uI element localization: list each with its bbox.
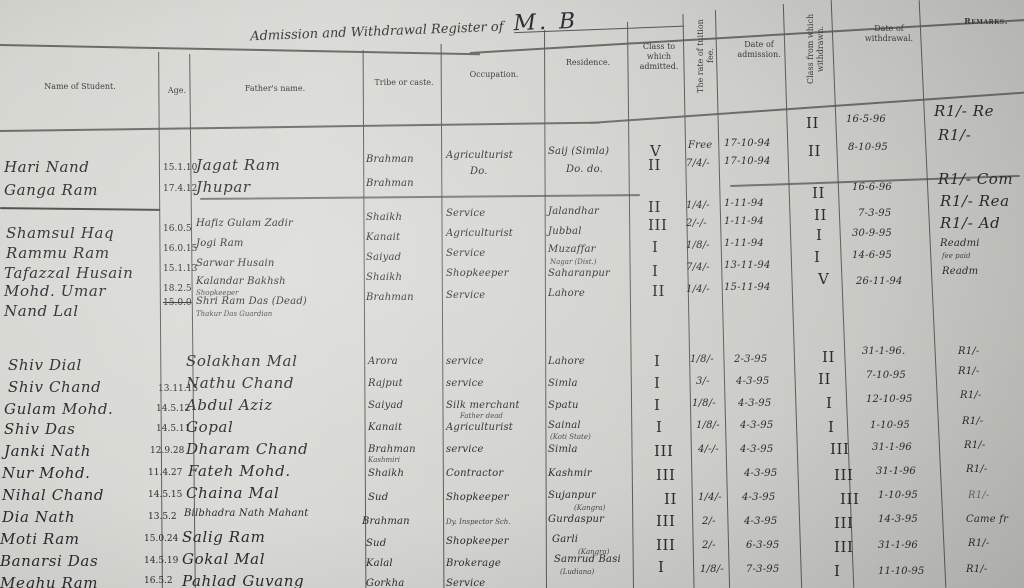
cell-name: Rammu Ram bbox=[6, 244, 110, 262]
cell-fee: 1/4/- bbox=[686, 200, 710, 211]
cell-name: Mohd. Umar bbox=[4, 282, 106, 300]
cell-date-admission: 13-11-94 bbox=[724, 260, 771, 271]
cell-remarks: R1/- bbox=[968, 490, 989, 501]
cell-occupation: Service bbox=[446, 248, 485, 259]
cell-class-admitted: II bbox=[664, 490, 677, 508]
cell-remarks: R1/- Rea bbox=[940, 192, 1010, 210]
cell-tribe: Shaikh bbox=[368, 468, 404, 479]
cell-fee: Free bbox=[688, 140, 712, 151]
cell-class-withdrawn: II bbox=[806, 114, 819, 132]
cell-tribe: Arora bbox=[368, 356, 398, 367]
cell-remarks: R1/- bbox=[958, 346, 979, 357]
cell-age: 12.9.28 bbox=[150, 446, 184, 456]
cell-remarks: R1/- bbox=[964, 440, 985, 451]
cell-date-admission: 4-3-95 bbox=[744, 468, 777, 479]
col-header-age: Age. bbox=[164, 86, 190, 96]
col-divider bbox=[783, 4, 803, 588]
cell-fee: 1/8/- bbox=[686, 240, 710, 251]
cell-father: Fateh Mohd. bbox=[188, 462, 291, 480]
cell-date-withdrawal: 31-1-96 bbox=[872, 442, 912, 453]
cell-father-note: Thakur Das Guardian bbox=[196, 310, 272, 318]
cell-occupation: Agriculturist bbox=[446, 228, 513, 239]
cell-remarks: R1/- Ad bbox=[940, 214, 1000, 232]
cell-tribe: Kanait bbox=[366, 232, 400, 243]
cell-father: Solakhan Mal bbox=[186, 352, 297, 370]
cell-occupation: Agriculturist bbox=[446, 150, 513, 161]
col-divider bbox=[627, 22, 634, 588]
cell-father: Dharam Chand bbox=[186, 440, 308, 458]
cell-date-withdrawal: 16-5-96 bbox=[846, 114, 886, 125]
cell-class-admitted: I bbox=[652, 238, 659, 256]
cell-fee: 1/8/- bbox=[700, 564, 724, 575]
cell-class-withdrawn: V bbox=[818, 270, 829, 288]
cell-tribe: Shaikh bbox=[366, 212, 402, 223]
cell-class-admitted: I bbox=[652, 262, 659, 280]
cell-residence: Jubbal bbox=[548, 226, 582, 237]
header-bottom-rule bbox=[0, 122, 600, 132]
cell-date-admission: 1-11-94 bbox=[724, 198, 764, 209]
cell-occupation: Shopkeeper bbox=[446, 268, 509, 279]
cell-father: Gokal Mal bbox=[182, 550, 265, 568]
cell-fee: 2/- bbox=[702, 540, 716, 551]
col-header-name: Name of Student. bbox=[20, 82, 140, 92]
cell-date-withdrawal: 11-10-95 bbox=[878, 566, 925, 577]
cell-occupation: Shopkeeper bbox=[446, 536, 509, 547]
cell-tribe: Sud bbox=[368, 492, 388, 503]
cell-tribe: Gorkha bbox=[366, 578, 404, 588]
cell-name: Nur Mohd. bbox=[2, 464, 91, 482]
cell-date-admission: 1-11-94 bbox=[724, 216, 764, 227]
cell-date-withdrawal: 14-3-95 bbox=[878, 514, 918, 525]
col-header-remarks: Remarks. bbox=[948, 16, 1024, 26]
cell-age: 16.5.2 bbox=[144, 576, 173, 586]
cell-remarks: R1/- bbox=[962, 416, 983, 427]
col-divider bbox=[441, 44, 445, 588]
cell-father: Jagat Ram bbox=[196, 156, 281, 174]
cell-remarks: R1/- Re bbox=[934, 102, 994, 120]
cell-remarks: R1/- Com bbox=[938, 170, 1013, 188]
cell-date-withdrawal: 31-1-96 bbox=[876, 466, 916, 477]
cell-residence: Gurdaspur bbox=[548, 514, 604, 525]
cell-age: 15.0.0 bbox=[163, 298, 192, 308]
cell-class-admitted: II bbox=[652, 282, 665, 300]
cell-residence: Sujanpur bbox=[548, 490, 596, 501]
cell-occupation: Dy. Inspector Sch. bbox=[446, 518, 511, 526]
cell-occupation: Service bbox=[446, 290, 485, 301]
cell-date-withdrawal: 30-9-95 bbox=[852, 228, 892, 239]
cell-tribe: Kanait bbox=[368, 422, 402, 433]
cell-remarks: R1/- bbox=[958, 366, 979, 377]
cell-residence: Simla bbox=[548, 444, 578, 455]
cell-date-withdrawal: 14-6-95 bbox=[852, 250, 892, 261]
cell-residence: Jalandhar bbox=[548, 206, 599, 217]
cell-class-withdrawn: I bbox=[816, 226, 823, 244]
cell-occupation: service bbox=[446, 356, 484, 367]
cell-class-withdrawn: I bbox=[834, 562, 841, 580]
cell-remarks: Readm bbox=[942, 266, 978, 277]
cell-father: Jhupar bbox=[196, 178, 251, 196]
cell-father: Jogi Ram bbox=[196, 238, 244, 249]
cell-residence-note: (Kangra) bbox=[574, 504, 605, 512]
cell-name: Shamsul Haq bbox=[6, 224, 114, 242]
col-header-date-withdrawal: Date of withdrawal. bbox=[850, 24, 928, 44]
register-title: Admission and Withdrawal Register of M. … bbox=[250, 10, 684, 45]
cell-name: Ganga Ram bbox=[4, 181, 98, 199]
col-header-occupation: Occupation. bbox=[448, 70, 540, 80]
register-title-handwritten-fill: M. B bbox=[513, 10, 684, 34]
cell-date-admission: 4-3-95 bbox=[738, 398, 771, 409]
cell-class-withdrawn: II bbox=[818, 370, 831, 388]
cell-fee: 1/4/- bbox=[698, 492, 722, 503]
cell-fee: 4/-/- bbox=[698, 444, 719, 455]
cell-residence: Garli bbox=[552, 534, 578, 545]
cell-name: Shiv Chand bbox=[8, 378, 101, 396]
cell-remarks: Came fr bbox=[966, 514, 1008, 525]
cell-class-withdrawn: III bbox=[830, 440, 850, 458]
cell-date-admission: 4-3-95 bbox=[740, 444, 773, 455]
cell-tribe: Saiyad bbox=[366, 252, 401, 263]
cell-remarks: R1/- bbox=[966, 464, 987, 475]
cell-name: Shiv Das bbox=[4, 420, 75, 438]
cell-date-withdrawal: 26-11-94 bbox=[856, 276, 903, 287]
cell-class-withdrawn: II bbox=[822, 348, 835, 366]
col-divider bbox=[544, 30, 547, 588]
cell-tribe: Kalal bbox=[366, 558, 393, 569]
cell-father: Kalandar Bakhsh bbox=[196, 276, 286, 287]
cell-tribe: Brahman bbox=[366, 178, 414, 189]
cell-age: 15.1.13 bbox=[163, 264, 197, 274]
register-page: Admission and Withdrawal Register of M. … bbox=[0, 0, 1024, 588]
cell-occupation: Agriculturist bbox=[446, 422, 513, 433]
cell-fee: 7/4/- bbox=[686, 262, 710, 273]
cell-name: Nand Lal bbox=[4, 302, 79, 320]
group-separator bbox=[200, 194, 640, 200]
cell-age: 16.0.15 bbox=[163, 244, 197, 254]
cell-age: 15.1.10 bbox=[163, 163, 197, 173]
cell-residence: Simla bbox=[548, 378, 578, 389]
cell-tribe: Sud bbox=[366, 538, 386, 549]
cell-residence-note: (Ludiana) bbox=[560, 568, 594, 576]
cell-class-withdrawn: I bbox=[828, 418, 835, 436]
cell-residence: Lahore bbox=[548, 356, 585, 367]
cell-class-admitted: III bbox=[648, 216, 668, 234]
register-title-text: Admission and Withdrawal Register of bbox=[250, 20, 504, 45]
cell-father: Bilbhadra Nath Mahant bbox=[184, 508, 308, 519]
cell-fee: 3/- bbox=[696, 376, 710, 387]
cell-class-withdrawn: II bbox=[808, 142, 821, 160]
cell-father: Shri Ram Das (Dead) bbox=[196, 296, 307, 307]
cell-date-withdrawal: 31-1-96 bbox=[878, 540, 918, 551]
cell-class-withdrawn: III bbox=[834, 538, 854, 556]
cell-residence: Do. do. bbox=[566, 164, 603, 175]
cell-residence-note: Nagar (Dist.) bbox=[550, 258, 596, 266]
cell-tribe: Saiyad bbox=[368, 400, 403, 411]
cell-remarks: Readmi bbox=[940, 238, 980, 249]
cell-tribe: Shaikh bbox=[366, 272, 402, 283]
cell-name: Moti Ram bbox=[0, 530, 80, 548]
cell-residence: Sainal bbox=[548, 420, 581, 431]
col-header-tribe: Tribe or caste. bbox=[368, 78, 440, 88]
cell-residence: Lahore bbox=[548, 288, 585, 299]
cell-father: Gopal bbox=[186, 418, 233, 436]
col-header-father: Father's name. bbox=[220, 84, 330, 94]
cell-date-admission: 15-11-94 bbox=[724, 282, 771, 293]
cell-age: 11.4.27 bbox=[148, 468, 182, 478]
cell-father: Hafiz Gulam Zadir bbox=[196, 218, 293, 229]
cell-class-withdrawn: I bbox=[814, 248, 821, 266]
cell-remarks: R1/- bbox=[966, 564, 987, 575]
cell-date-admission: 1-11-94 bbox=[724, 238, 764, 249]
cell-date-withdrawal: 7-3-95 bbox=[858, 208, 891, 219]
cell-date-admission: 6-3-95 bbox=[746, 540, 779, 551]
col-header-class-withdrawn: Class from which withdrawn. bbox=[806, 8, 826, 90]
cell-fee: 1/4/- bbox=[686, 284, 710, 295]
cell-remarks-note: fee paid bbox=[942, 252, 970, 260]
cell-father: Salig Ram bbox=[182, 528, 265, 546]
cell-class-admitted: III bbox=[656, 512, 676, 530]
cell-date-admission: 4-3-95 bbox=[744, 516, 777, 527]
cell-date-admission: 17-10-94 bbox=[724, 156, 771, 167]
cell-remarks: R1/- bbox=[968, 538, 989, 549]
cell-name: Gulam Mohd. bbox=[4, 400, 113, 418]
cell-class-withdrawn: II bbox=[812, 184, 825, 202]
cell-date-withdrawal: 8-10-95 bbox=[848, 142, 888, 153]
cell-occupation: Shopkeeper bbox=[446, 492, 509, 503]
cell-name: Janki Nath bbox=[4, 442, 91, 460]
cell-date-withdrawal: 16-6-96 bbox=[852, 182, 892, 193]
cell-fee: 2/-/- bbox=[686, 218, 707, 229]
cell-date-withdrawal: 7-10-95 bbox=[866, 370, 906, 381]
cell-date-admission: 7-3-95 bbox=[746, 564, 779, 575]
cell-date-admission: 4-3-95 bbox=[742, 492, 775, 503]
cell-class-admitted: I bbox=[654, 352, 661, 370]
cell-age: 17.4.12 bbox=[163, 184, 197, 194]
cell-age: 14.5.15 bbox=[148, 490, 182, 500]
cell-class-withdrawn: III bbox=[840, 490, 860, 508]
cell-residence: Samrud Basi bbox=[554, 554, 621, 565]
cell-class-admitted: I bbox=[656, 418, 663, 436]
cell-occupation: Service bbox=[446, 578, 485, 588]
col-divider bbox=[682, 14, 694, 588]
cell-tribe: Brahman bbox=[368, 444, 416, 455]
cell-tribe-note: Kashmiri bbox=[368, 456, 400, 464]
group-separator bbox=[0, 207, 160, 211]
cell-date-admission: 2-3-95 bbox=[734, 354, 767, 365]
cell-age: 14.5.19 bbox=[144, 556, 178, 566]
cell-residence: Kashmir bbox=[548, 468, 592, 479]
cell-name: Dia Nath bbox=[2, 508, 75, 526]
cell-tribe: Brahman bbox=[366, 292, 414, 303]
cell-remarks: R1/- bbox=[938, 126, 971, 144]
cell-date-withdrawal: 1-10-95 bbox=[870, 420, 910, 431]
cell-date-admission: 17-10-94 bbox=[724, 138, 771, 149]
cell-residence: Saij (Simla) bbox=[548, 146, 609, 157]
cell-father: Chaina Mal bbox=[186, 484, 279, 502]
cell-age: 18.2.5 bbox=[163, 284, 192, 294]
cell-class-withdrawn: I bbox=[826, 394, 833, 412]
cell-residence: Spatu bbox=[548, 400, 579, 411]
cell-date-withdrawal: 31-1-96. bbox=[862, 346, 905, 357]
cell-date-withdrawal: 12-10-95 bbox=[866, 394, 913, 405]
col-header-residence: Residence. bbox=[550, 58, 626, 68]
cell-remarks: R1/- bbox=[960, 390, 981, 401]
cell-name: Nihal Chand bbox=[2, 486, 104, 504]
cell-residence: Muzaffar bbox=[548, 244, 596, 255]
cell-class-withdrawn: III bbox=[834, 466, 854, 484]
cell-tribe: Brahman bbox=[366, 154, 414, 165]
cell-occupation: Brokerage bbox=[446, 558, 501, 569]
cell-age: 15.0.24 bbox=[144, 534, 178, 544]
cell-tribe: Brahman bbox=[362, 516, 410, 527]
cell-class-admitted: II bbox=[648, 156, 661, 174]
cell-occupation: service bbox=[446, 378, 484, 389]
col-header-date-admission: Date of admission. bbox=[728, 40, 790, 60]
cell-date-admission: 4-3-95 bbox=[740, 420, 773, 431]
cell-class-admitted: III bbox=[656, 536, 676, 554]
cell-residence-note: (Koti State) bbox=[550, 433, 591, 441]
cell-name: Tafazzal Husain bbox=[4, 264, 133, 282]
cell-class-admitted: II bbox=[648, 198, 661, 216]
cell-class-admitted: III bbox=[654, 442, 674, 460]
cell-father: Nathu Chand bbox=[186, 374, 294, 392]
col-divider bbox=[363, 50, 367, 588]
cell-fee: 2/- bbox=[702, 516, 716, 527]
cell-occupation: Service bbox=[446, 208, 485, 219]
cell-tribe: Rajput bbox=[368, 378, 403, 389]
cell-occupation-note: Father dead bbox=[460, 412, 503, 420]
cell-class-admitted: I bbox=[654, 374, 661, 392]
cell-fee: 1/8/- bbox=[692, 398, 716, 409]
cell-occupation: Silk merchant bbox=[446, 400, 520, 411]
cell-age: 13.5.2 bbox=[148, 512, 177, 522]
cell-class-admitted: I bbox=[658, 558, 665, 576]
cell-date-admission: 4-3-95 bbox=[736, 376, 769, 387]
header-top-rule bbox=[0, 44, 480, 55]
cell-fee: 7/4/- bbox=[686, 158, 710, 169]
cell-residence: Saharanpur bbox=[548, 268, 610, 279]
col-header-class-admitted: Class to which admitted. bbox=[634, 42, 684, 72]
col-divider bbox=[158, 52, 163, 588]
cell-name: Banarsi Das bbox=[0, 552, 98, 570]
cell-class-withdrawn: III bbox=[834, 514, 854, 532]
cell-name: Hari Nand bbox=[4, 158, 90, 176]
cell-father: Sarwar Husain bbox=[196, 258, 275, 269]
cell-father: Abdul Aziz bbox=[186, 396, 273, 414]
cell-name: Shiv Dial bbox=[8, 356, 82, 374]
col-divider bbox=[919, 0, 947, 587]
cell-class-admitted: I bbox=[654, 396, 661, 414]
cell-father: Pahlad Guvang bbox=[182, 572, 304, 588]
cell-occupation: Contractor bbox=[446, 468, 503, 479]
cell-fee: 1/8/- bbox=[696, 420, 720, 431]
cell-class-admitted: III bbox=[656, 466, 676, 484]
cell-class-withdrawn: II bbox=[814, 206, 827, 224]
cell-age: 16.0.5 bbox=[163, 224, 192, 234]
cell-name: Meghu Ram bbox=[0, 574, 98, 588]
col-header-fee: The rate of tuition fee. bbox=[696, 16, 716, 96]
cell-occupation: Do. bbox=[470, 166, 488, 177]
cell-occupation: service bbox=[446, 444, 484, 455]
cell-date-withdrawal: 1-10-95 bbox=[878, 490, 918, 501]
cell-fee: 1/8/- bbox=[690, 354, 714, 365]
